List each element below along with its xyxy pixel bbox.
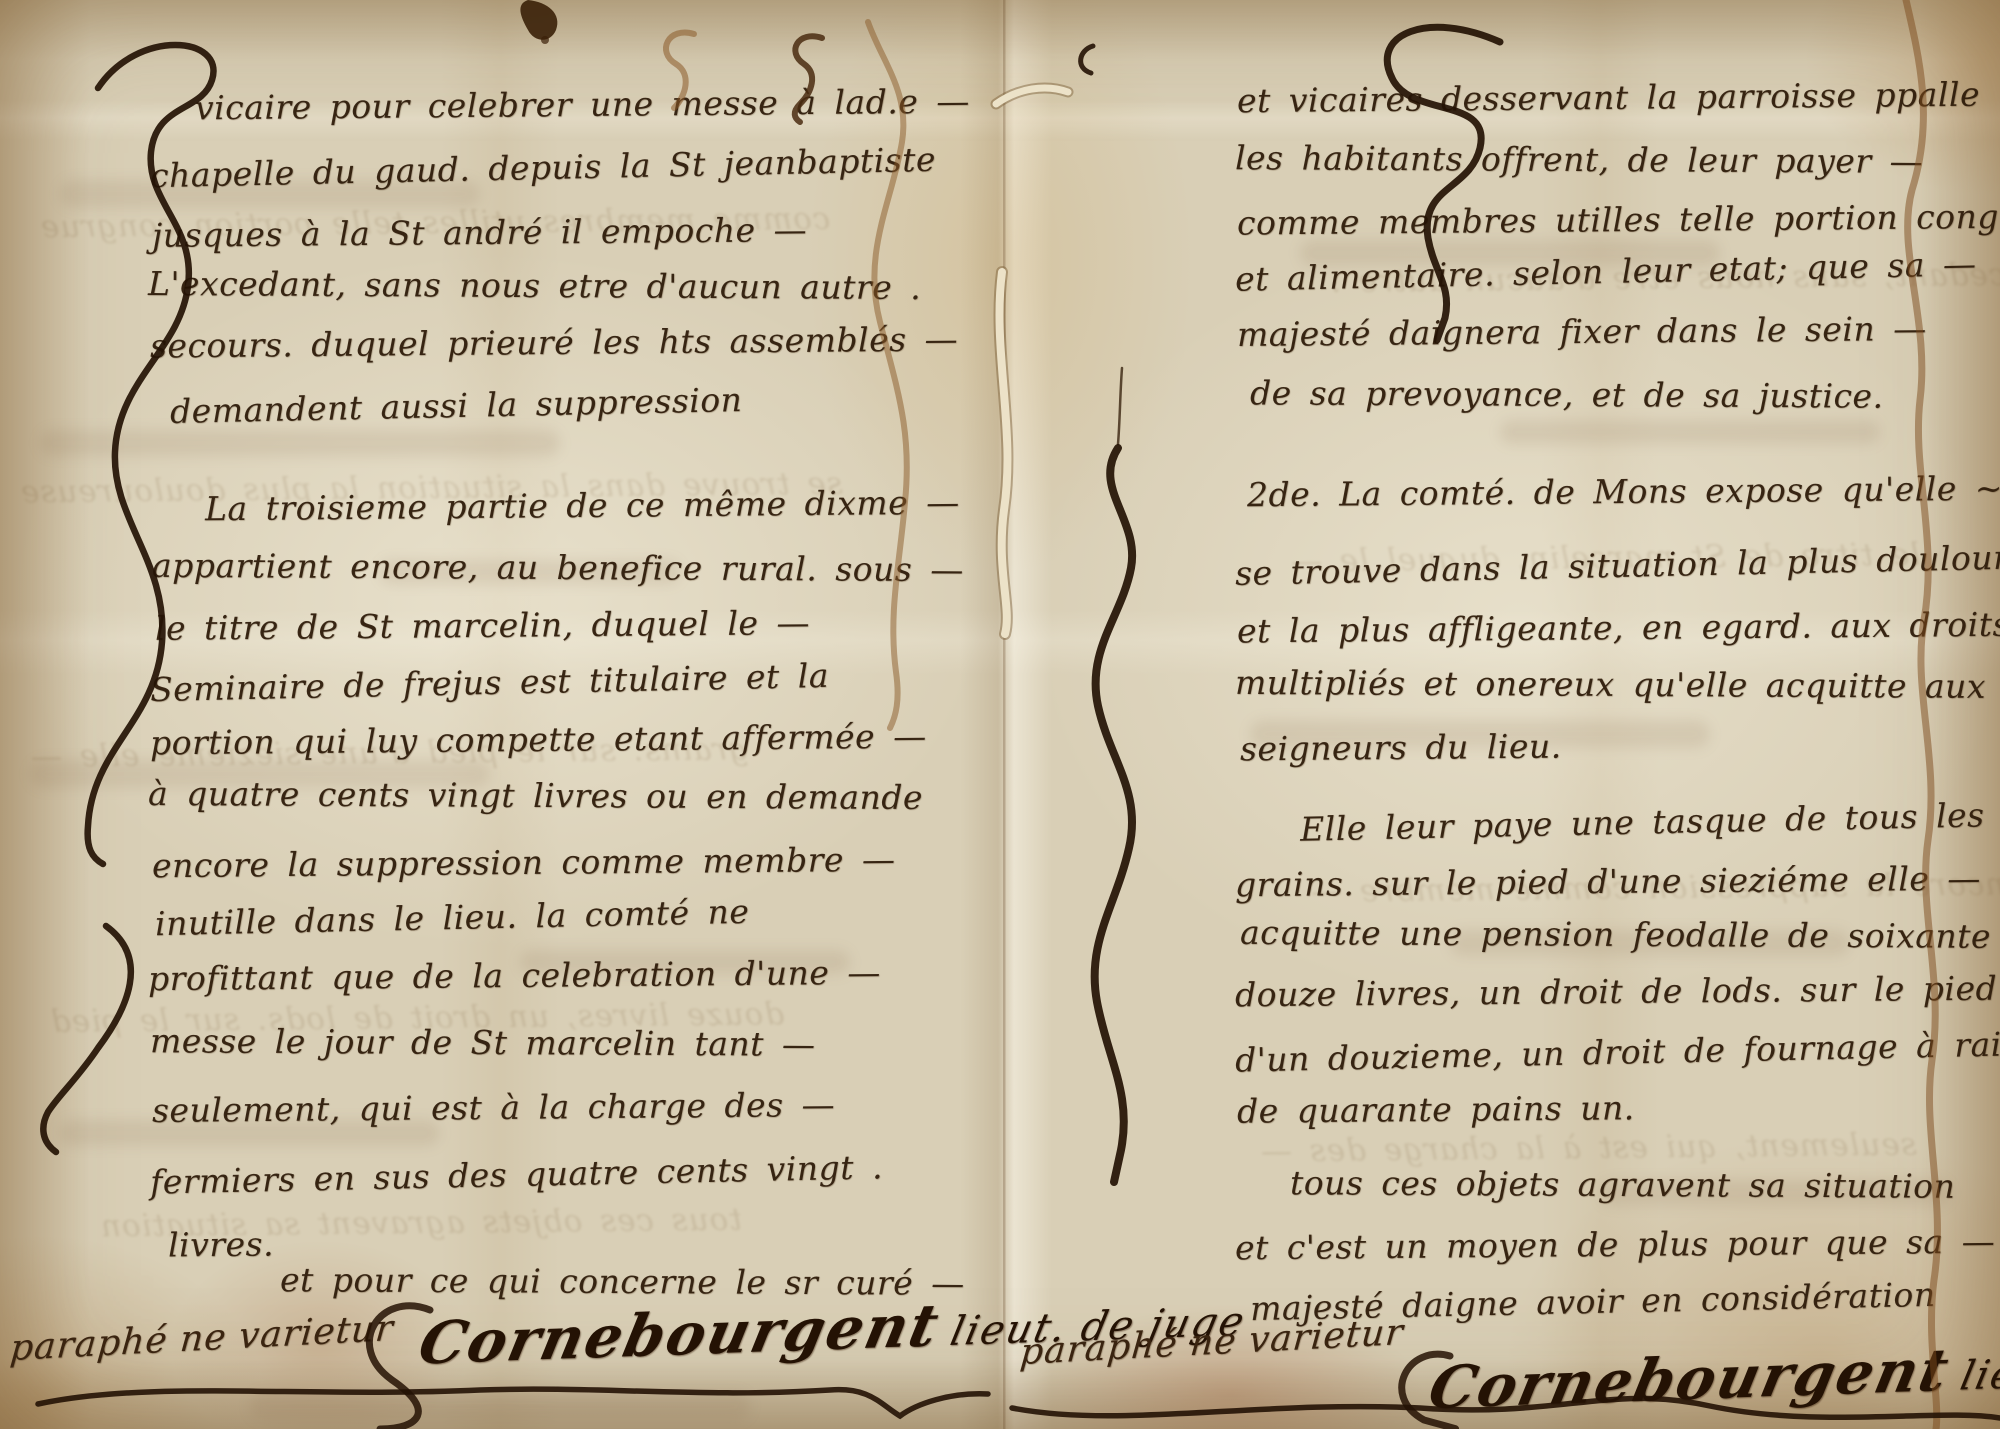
manuscript-line: majesté daignera fixer dans le sein — [1237,309,1927,354]
manuscript-line: et la plus affligeante, en egard. aux dr… [1237,605,2000,651]
fold-crease [1003,0,1006,1429]
manuscript-line: tous ces objets agravent sa situation [1290,1163,1956,1205]
manuscript-line: seulement, qui est à la charge des — [152,1085,835,1130]
manuscript-line: messe le jour de St marcelin tant — [150,1021,816,1063]
signature-title: lieut. de jug [1956,1344,2000,1400]
manuscript-line: Elle leur paye une tasque de tous les — [1300,794,2000,848]
manuscript-line: de quarante pains un. [1237,1088,1635,1130]
bleedthrough-smudge [1500,420,1880,444]
signature: Cornebourgentlieut. de jug [1423,1326,2000,1423]
manuscript-line: douze livres, un droit de lods. sur le p… [1235,969,1997,1015]
ink-blot [520,0,557,44]
bleedthrough-smudge [40,430,560,456]
manuscript-line: appartient encore, au benefice rural. so… [152,546,964,589]
manuscript-line: les habitants offrent, de leur payer — [1235,138,1923,181]
manuscript-line: chapelle du gaud. depuis la St jeanbapti… [150,140,937,195]
manuscript-line: comme membres utilles telle portion cong… [1237,196,2000,242]
manuscript-line: seigneurs du lieu. [1240,727,1562,769]
manuscript-line: livres. [168,1225,274,1265]
manuscript-line: profittant que de la celebration d'une — [148,953,881,998]
manuscript-line: et c'est un moyen de plus pour que sa — [1235,1222,1995,1268]
manuscript-line: d'un douzieme, un droit de fournage à ra… [1235,1023,2000,1079]
manuscript-line: portion qui luy compette etant affermée … [150,717,927,763]
binding-thread [996,88,1068,634]
manuscript-line: de sa prevoyance, et de sa justice. [1250,373,1884,415]
manuscript-line: Seminaire de frejus est titulaire et la [150,656,830,709]
manuscript-line: secours. duquel prieuré les hts assemblé… [150,319,958,365]
manuscript-line: acquitte une pension feodalle de soixant… [1240,913,2000,956]
paraph-note: paraphé ne varietur [8,1308,395,1369]
signature-name: Cornebourgent [413,1291,946,1378]
manuscript-line: grains. sur le pied d'une sieziéme elle … [1235,859,1981,905]
manuscript-line: multipliés et onereux qu'elle acquitte a… [1235,663,2000,706]
manuscript-line: jusques à la St andré il empoche — [152,210,807,255]
manuscript-line: vicaire pour celebrer une messe à lad.e … [195,82,970,128]
manuscript-line: le titre de St marcelin, duquel le — [155,603,810,648]
manuscript-line: demandent aussi la suppression [170,380,743,431]
manuscript-line: 2de. La comté. de Mons expose qu'elle ~ [1247,469,2000,515]
bleedthrough-smudge [250,1392,750,1420]
manuscript-line: L'excedant, sans nous etre d'aucun autre… [148,264,921,307]
manuscript-line: à quatre cents vingt livres ou en demand… [148,774,923,817]
manuscript-line: fermiers en sus des quatre cents vingt . [150,1147,884,1201]
manuscript-scan: comme membres utilles telle portion cong… [0,0,2000,1429]
manuscript-line: et vicaires desservant la parroisse ppal… [1237,75,1980,120]
manuscript-line: inutille dans le lieu. la comté ne [155,892,750,943]
manuscript-line: encore la suppression comme membre — [152,840,896,885]
signature-name: Cornebourgent [1423,1336,1956,1423]
manuscript-line: La troisieme partie de ce même dixme — [205,483,960,529]
